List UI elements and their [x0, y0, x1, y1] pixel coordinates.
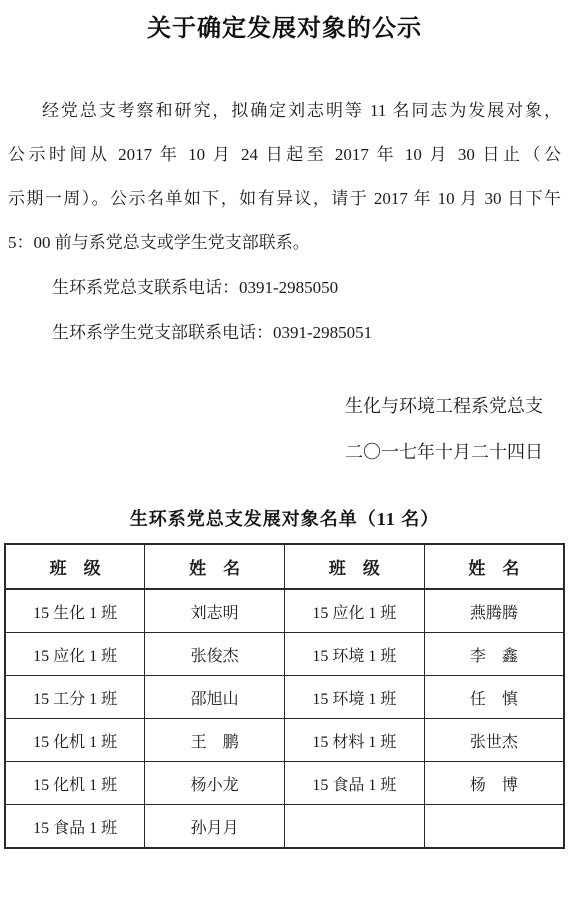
name-cell: 刘志明 [145, 589, 285, 633]
contact-block: 生环系党总支联系电话：0391-2985050 生环系学生党支部联系电话：039… [8, 265, 561, 355]
paragraph-line-3: 示期一周）。公示名单如下，如有异议，请于 2017 年 10 月 30 日下午 [8, 177, 561, 221]
signature-date: 二〇一七年十月二十四日 [0, 429, 543, 475]
class-cell [285, 805, 425, 849]
signature-organization: 生化与环境工程系党总支 [0, 383, 543, 429]
class-cell: 15 环境 1 班 [285, 676, 425, 719]
name-cell: 邵旭山 [145, 676, 285, 719]
class-cell: 15 食品 1 班 [285, 762, 425, 805]
table-row: 15 生化 1 班 刘志明 15 应化 1 班 燕腾腾 [5, 589, 564, 633]
name-cell: 张俊杰 [145, 633, 285, 676]
class-cell: 15 工分 1 班 [5, 676, 145, 719]
name-cell: 任 慎 [424, 676, 564, 719]
class-cell: 15 食品 1 班 [5, 805, 145, 849]
candidates-table-header: 班 级 姓 名 班 级 姓 名 [5, 544, 564, 589]
branch-phone-line: 生环系党总支联系电话：0391-2985050 [8, 265, 561, 310]
signature-block: 生化与环境工程系党总支 二〇一七年十月二十四日 [0, 383, 569, 475]
header-row: 班 级 姓 名 班 级 姓 名 [5, 544, 564, 589]
class-cell: 15 环境 1 班 [285, 633, 425, 676]
name-cell: 李 鑫 [424, 633, 564, 676]
document-page: 关于确定发展对象的公示 经党总支考察和研究，拟确定刘志明等 11 名同志为发展对… [0, 0, 569, 921]
notice-paragraph: 经党总支考察和研究，拟确定刘志明等 11 名同志为发展对象， 公示时间从 201… [8, 89, 561, 265]
col-header-name-2: 姓 名 [424, 544, 564, 589]
paragraph-line-2: 公示时间从 2017 年 10 月 24 日起至 2017 年 10 月 30 … [8, 133, 561, 177]
class-cell: 15 生化 1 班 [5, 589, 145, 633]
col-header-class-1: 班 级 [5, 544, 145, 589]
table-row: 15 应化 1 班 张俊杰 15 环境 1 班 李 鑫 [5, 633, 564, 676]
table-row: 15 化机 1 班 杨小龙 15 食品 1 班 杨 博 [5, 762, 564, 805]
col-header-name-1: 姓 名 [145, 544, 285, 589]
class-cell: 15 材料 1 班 [285, 719, 425, 762]
table-row: 15 工分 1 班 邵旭山 15 环境 1 班 任 慎 [5, 676, 564, 719]
name-cell: 杨小龙 [145, 762, 285, 805]
roster-table-title: 生环系党总支发展对象名单（11 名） [0, 505, 569, 531]
class-cell: 15 化机 1 班 [5, 762, 145, 805]
col-header-class-2: 班 级 [285, 544, 425, 589]
paragraph-line-4: 5：00 前与系党总支或学生党支部联系。 [8, 221, 561, 265]
name-cell: 杨 博 [424, 762, 564, 805]
student-branch-phone-line: 生环系学生党支部联系电话：0391-2985051 [8, 310, 561, 355]
paragraph-line-1: 经党总支考察和研究，拟确定刘志明等 11 名同志为发展对象， [8, 89, 561, 133]
class-cell: 15 化机 1 班 [5, 719, 145, 762]
class-cell: 15 应化 1 班 [285, 589, 425, 633]
name-cell: 燕腾腾 [424, 589, 564, 633]
document-title: 关于确定发展对象的公示 [0, 0, 569, 43]
candidates-table-body: 15 生化 1 班 刘志明 15 应化 1 班 燕腾腾 15 应化 1 班 张俊… [5, 589, 564, 848]
class-cell: 15 应化 1 班 [5, 633, 145, 676]
name-cell: 孙月月 [145, 805, 285, 849]
name-cell: 王 鹏 [145, 719, 285, 762]
table-row: 15 食品 1 班 孙月月 [5, 805, 564, 849]
candidates-table: 班 级 姓 名 班 级 姓 名 15 生化 1 班 刘志明 15 应化 1 班 … [4, 543, 565, 849]
table-row: 15 化机 1 班 王 鹏 15 材料 1 班 张世杰 [5, 719, 564, 762]
name-cell [424, 805, 564, 849]
name-cell: 张世杰 [424, 719, 564, 762]
